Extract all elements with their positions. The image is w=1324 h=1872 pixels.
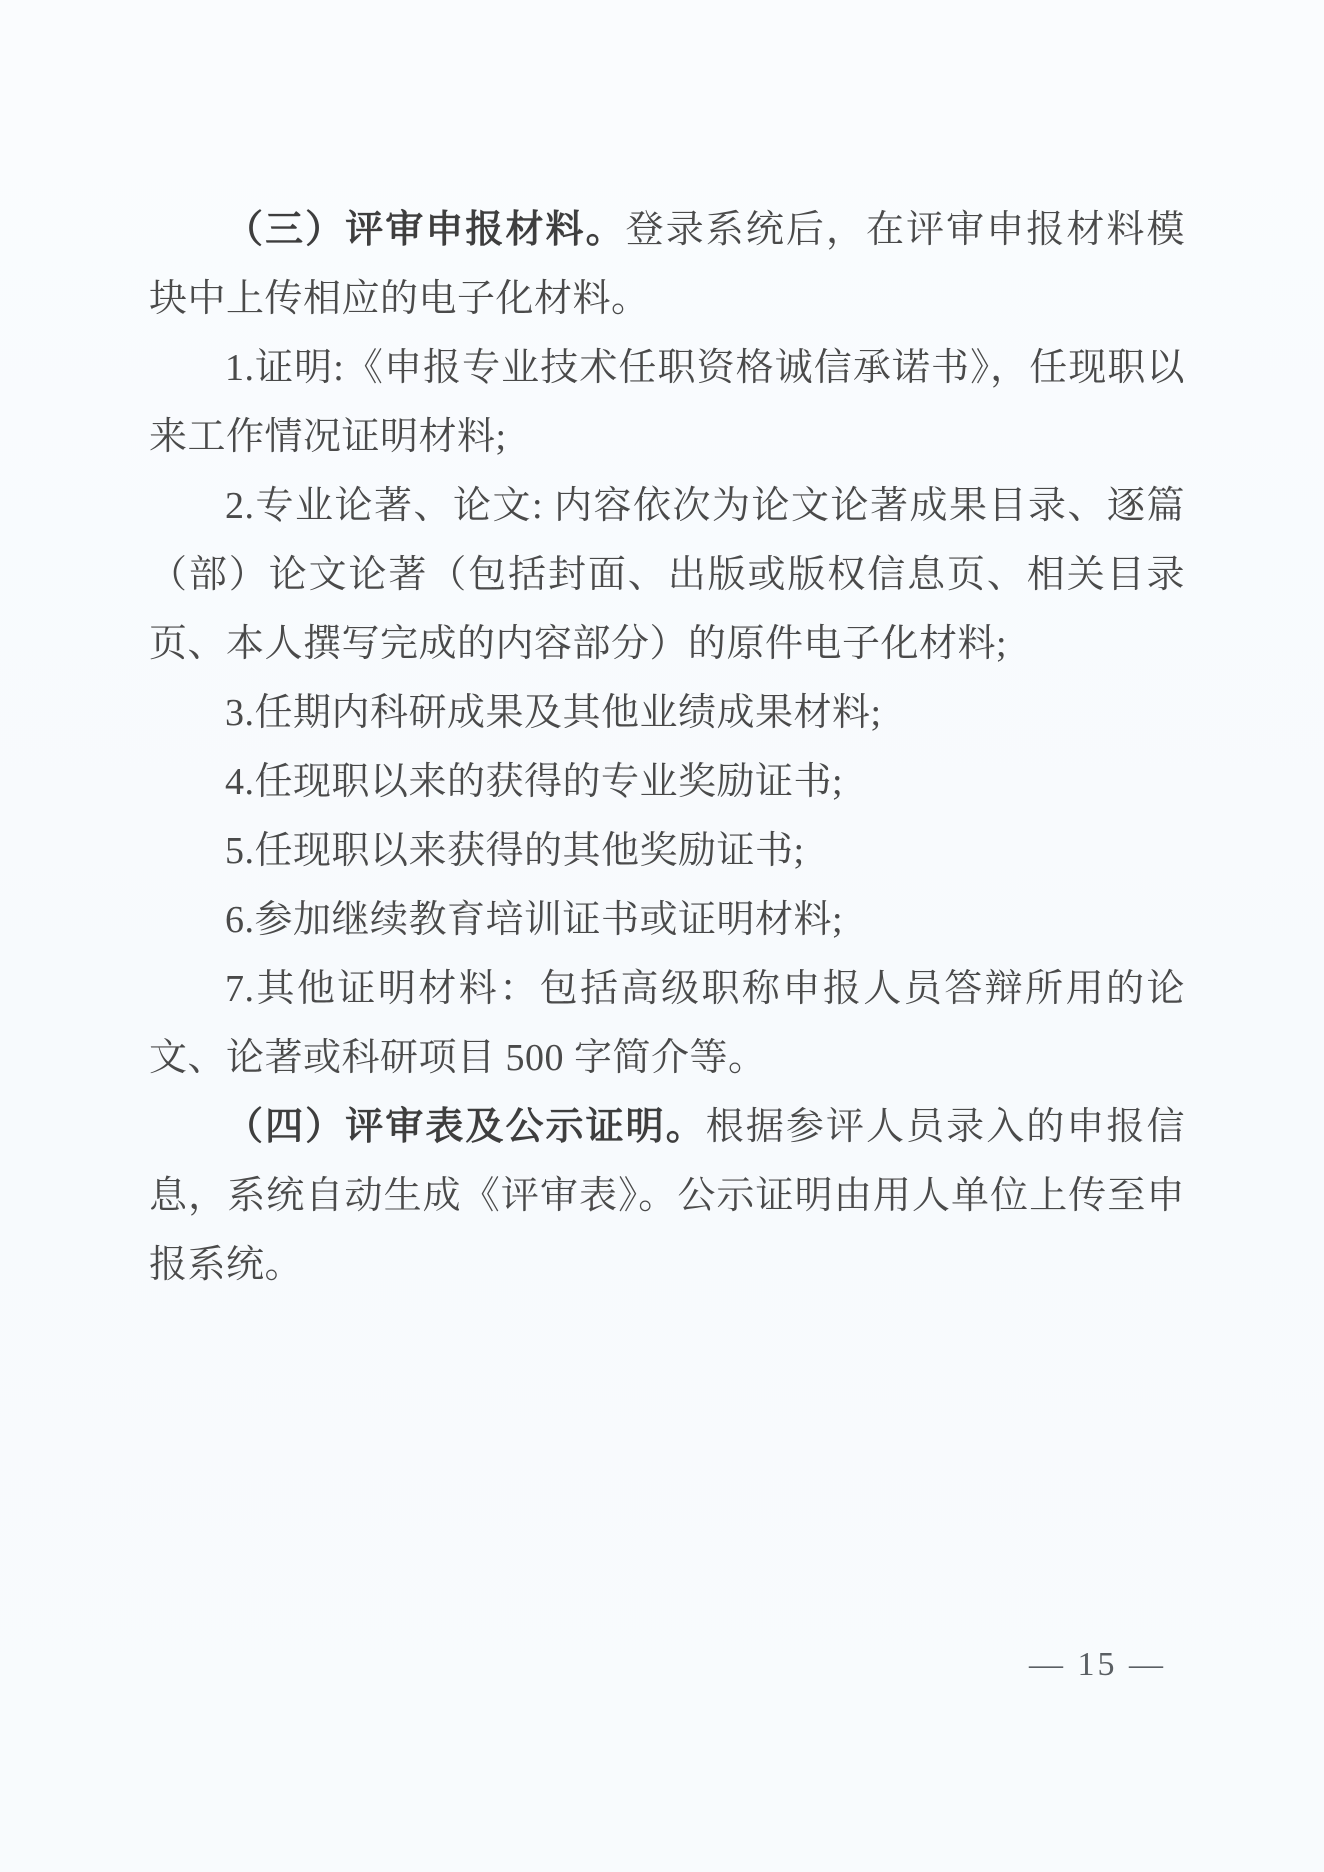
paragraph-text: 7.其他证明材料：包括高级职称申报人员答辩所用的论文、论著或科研项目 500 字…: [149, 968, 1185, 1079]
paragraph-item-2: 2.专业论著、论文: 内容依次为论文论著成果目录、逐篇（部）论文论著（包括封面、…: [149, 472, 1185, 679]
paragraph-item-5: 5.任现职以来获得的其他奖励证书;: [149, 817, 1185, 886]
document-page: （三）评审申报材料。登录系统后，在评审申报材料模块中上传相应的电子化材料。 1.…: [0, 0, 1324, 1872]
page-number: — 15 —: [1029, 1645, 1166, 1685]
paragraph-section-3: （三）评审申报材料。登录系统后，在评审申报材料模块中上传相应的电子化材料。: [149, 196, 1185, 334]
paragraph-text: 4.任现职以来的获得的专业奖励证书;: [225, 761, 843, 803]
paragraph-text: 3.任期内科研成果及其他业绩成果材料;: [225, 692, 882, 734]
paragraph-item-1: 1.证明:《申报专业技术任职资格诚信承诺书》，任现职以来工作情况证明材料;: [149, 334, 1185, 472]
paragraph-text: 2.专业论著、论文: 内容依次为论文论著成果目录、逐篇（部）论文论著（包括封面、…: [149, 485, 1185, 665]
paragraph-item-4: 4.任现职以来的获得的专业奖励证书;: [149, 748, 1185, 817]
paragraph-text: 6.参加继续教育培训证书或证明材料;: [225, 899, 843, 941]
paragraph-text: 1.证明:《申报专业技术任职资格诚信承诺书》，任现职以来工作情况证明材料;: [149, 347, 1185, 458]
paragraph-item-3: 3.任期内科研成果及其他业绩成果材料;: [149, 679, 1185, 748]
paragraph-item-7: 7.其他证明材料：包括高级职称申报人员答辩所用的论文、论著或科研项目 500 字…: [149, 955, 1185, 1093]
paragraph-item-6: 6.参加继续教育培训证书或证明材料;: [149, 886, 1185, 955]
section-heading: （三）评审申报材料。: [225, 209, 626, 251]
paragraph-text: 5.任现职以来获得的其他奖励证书;: [225, 830, 805, 872]
section-heading: （四）评审表及公示证明。: [225, 1106, 706, 1148]
document-body-text: （三）评审申报材料。登录系统后，在评审申报材料模块中上传相应的电子化材料。 1.…: [149, 196, 1185, 1300]
paragraph-section-4: （四）评审表及公示证明。根据参评人员录入的申报信息，系统自动生成《评审表》。公示…: [149, 1093, 1185, 1300]
